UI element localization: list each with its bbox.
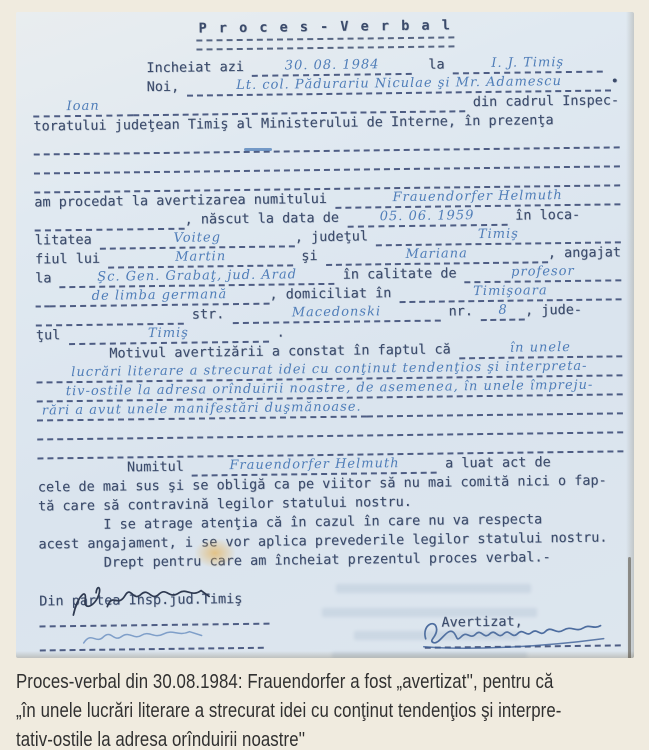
title-underline [196,36,454,50]
signature-officer-2-icon [80,625,210,651]
typed-text: fiul lui [35,250,108,270]
typed-text: . [268,323,284,342]
scanned-document: P r o c e s - V e r b a l Incheiat azi 3… [16,12,634,658]
handwritten-entry: Ioan [33,97,133,117]
typed-text: din cadrul Inspec- [465,91,620,112]
bleed-through-text [322,608,537,617]
typed-text: , născut la data de [184,209,347,230]
handwritten-entry: profesor [465,262,622,283]
typed-text: , judeţul [295,227,377,247]
document-body: Incheiat azi 30. 08. 1984 la I. J. Timiş… [33,53,625,573]
handwritten-entry: 05. 06. 1959 [347,207,507,228]
typed-text: la [35,269,60,288]
typed-text: în calitate de [335,264,465,285]
caption-line: tativ-ostile la adresa orînduirii noastr… [16,726,649,750]
article-figure: P r o c e s - V e r b a l Incheiat azi 3… [0,0,649,750]
typed-text: litatea [35,231,100,251]
handwritten-entry: rări a avut unele manifestări duşmănoase… [37,398,367,421]
bleed-through-text [336,584,531,593]
typed-text: a luat act de [437,453,551,473]
blank-line [34,214,184,232]
typed-text: ţul [36,326,69,345]
caption-line: „în unele lucrări literare a strecurat i… [16,697,649,726]
handwritten-entry: I. J. Timiş [453,54,603,75]
typed-text: şi [293,247,326,266]
blank-line [35,291,49,307]
handwritten-entry: Timiş [68,324,268,345]
handwritten-entry: Timişoara [399,281,621,303]
handwritten-entry: Voiteg [100,228,295,249]
typed-text: Noi, [33,78,188,99]
handwritten-entry: 30. 08. 1984 [252,56,412,77]
handwritten-entry: în unele [459,338,623,359]
typed-text: str. [184,305,233,325]
document-content: P r o c e s - V e r b a l Incheiat azi 3… [16,12,634,658]
typed-text: , angajat [548,243,621,263]
paper-stain [194,538,236,568]
ink-mark [244,148,272,151]
handwritten-entry: Martin [108,247,293,268]
document-title: P r o c e s - V e r b a l [32,13,618,40]
typed-text: • [611,72,619,91]
bleed-through-text [332,652,527,658]
typed-text: nr. [440,302,481,321]
typed-text: , jude- [525,301,582,321]
typed-text: la [412,55,453,74]
typed-text: în loca- [507,206,580,226]
blank-line [367,398,623,417]
signature-officer-1-icon [67,577,218,625]
figure-caption: Proces-verbal din 30.08.1984: Frauendorf… [16,668,646,750]
handwritten-entry: Macedonski [232,303,440,325]
scan-edge [628,557,631,658]
blank-line [36,309,184,327]
caption-line: Proces-verbal din 30.08.1984: Frauendorf… [16,668,649,697]
handwritten-entry: 8 [481,302,525,322]
typed-text: , domiciliat în [269,284,399,305]
bleed-through-text [354,631,519,640]
typed-text: Numitul [37,458,192,479]
